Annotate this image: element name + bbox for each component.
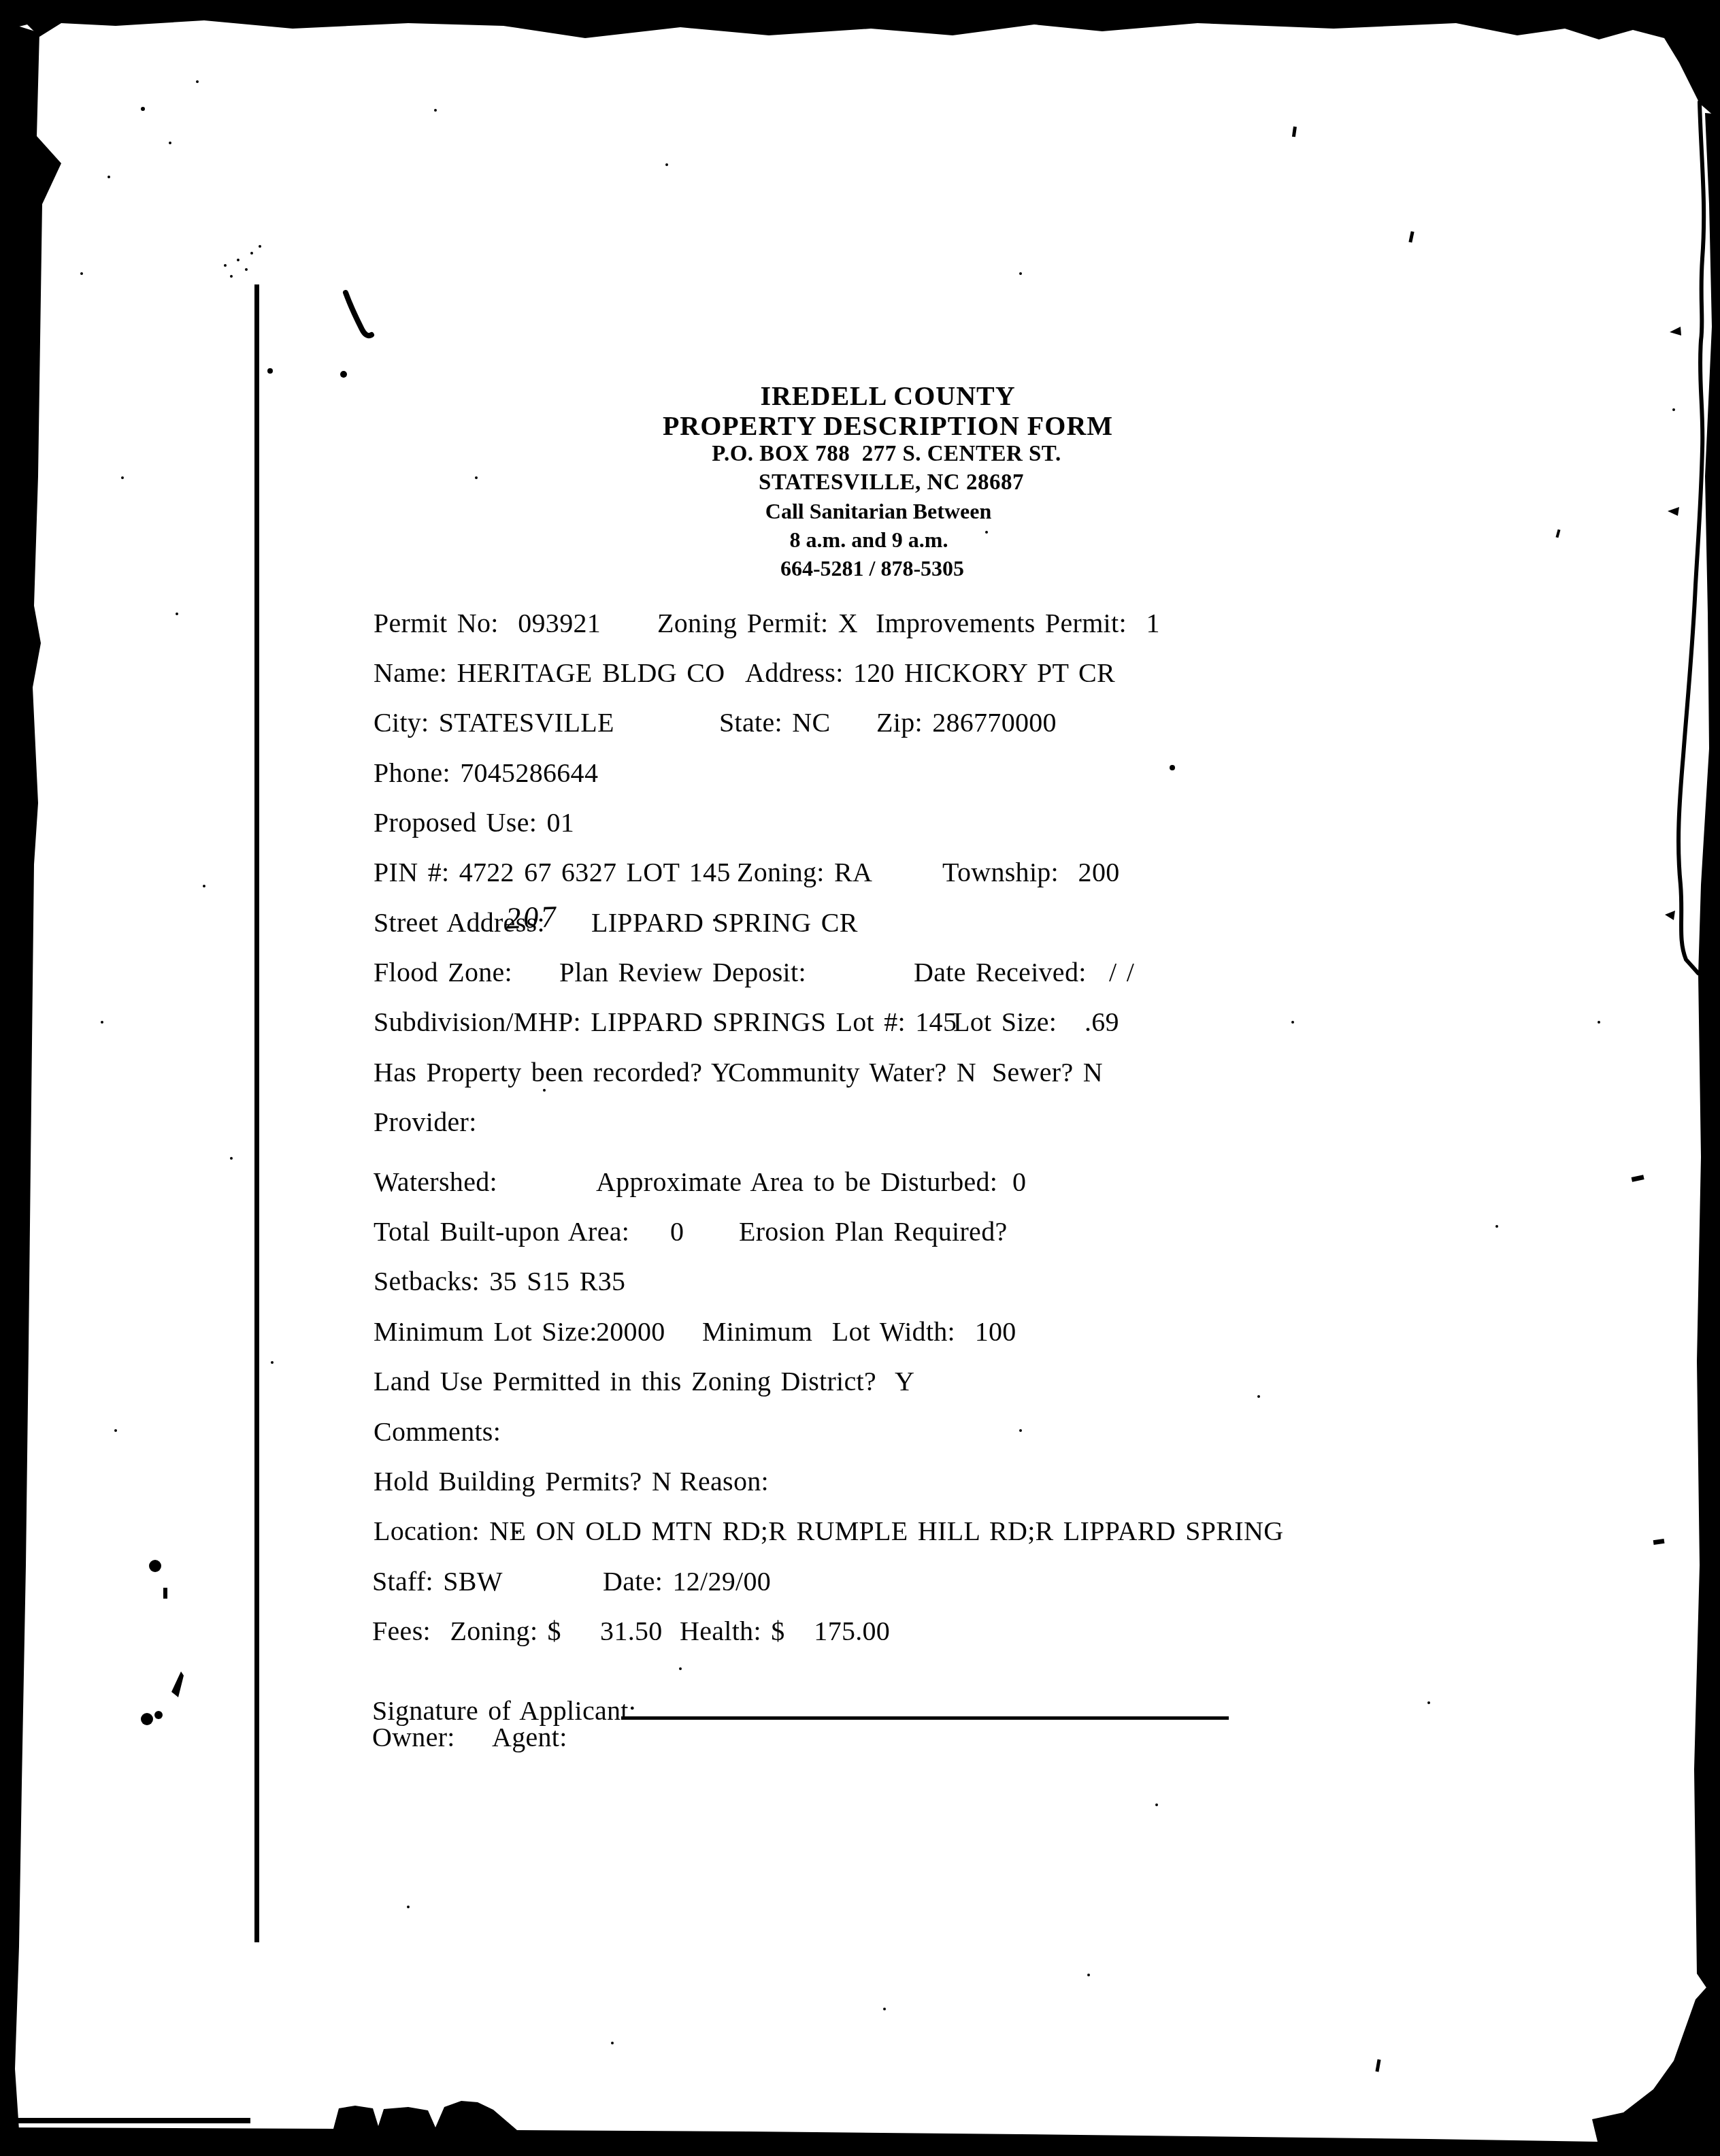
scan-border-top — [0, 0, 1720, 121]
field-signature-label: Signature of Applicant: — [372, 1697, 636, 1725]
field-date-received: Date Received: — [914, 959, 1087, 986]
scan-border-bottom — [0, 1972, 1720, 2156]
field-built-upon-label: Total Built-upon Area: — [374, 1218, 629, 1245]
field-provider: Provider: — [374, 1109, 477, 1136]
field-staff: Staff: SBW — [372, 1568, 503, 1595]
field-hold-permits: Hold Building Permits? N — [374, 1468, 672, 1495]
field-state: State: NC — [719, 709, 830, 736]
field-lot-size-value: .69 — [1085, 1009, 1119, 1036]
field-phone: Phone: 7045286644 — [374, 759, 598, 787]
field-area-disturbed-value: 0 — [1012, 1169, 1026, 1196]
field-flood-zone: Flood Zone: — [374, 959, 512, 986]
scanned-page: IREDELL COUNTY PROPERTY DESCRIPTION FORM… — [0, 0, 1720, 2156]
field-pin: PIN #: 4722 67 6327 LOT 145 — [374, 859, 731, 886]
field-name: Name: HERITAGE BLDG CO — [374, 659, 725, 687]
field-proposed-use: Proposed Use: 01 — [374, 809, 574, 836]
vertical-fold-line — [254, 284, 259, 1942]
paper-crease-line — [1678, 102, 1704, 973]
field-street-value: LIPPARD SPRING CR — [591, 909, 858, 936]
field-land-use: Land Use Permitted in this Zoning Distri… — [374, 1368, 914, 1395]
field-built-upon-value: 0 — [670, 1218, 684, 1245]
field-comments: Comments: — [374, 1418, 501, 1445]
field-property-recorded: Has Property been recorded? Y — [374, 1059, 731, 1086]
header-city-line: STATESVILLE, NC 28687 — [759, 472, 1024, 494]
field-improvements-permit: Improvements Permit: 1 — [876, 610, 1160, 637]
header-form-title: PROPERTY DESCRIPTION FORM — [663, 412, 1113, 440]
header-hours-line: 8 a.m. and 9 a.m. — [790, 529, 948, 551]
field-lot-size-label: Lot Size: — [953, 1009, 1057, 1036]
field-fees-health: Health: $ 175.00 — [680, 1618, 890, 1645]
field-city: City: STATESVILLE — [374, 709, 614, 736]
header-phones-line: 664-5281 / 878-5305 — [780, 557, 964, 579]
field-date: Date: 12/29/00 — [603, 1568, 771, 1595]
field-township: Township: 200 — [942, 859, 1120, 886]
header-po-address: P.O. BOX 788 277 S. CENTER ST. — [712, 443, 1061, 465]
scan-border-right — [1694, 113, 1720, 2008]
field-subdivision: Subdivision/MHP: LIPPARD SPRINGS Lot #: … — [374, 1009, 957, 1036]
field-owner: Owner: — [372, 1724, 455, 1751]
handwritten-stroke — [346, 293, 371, 336]
header-org: IREDELL COUNTY — [760, 382, 1015, 410]
field-min-lot-size-label: Minimum Lot Size: — [374, 1318, 597, 1345]
field-min-lot-width: Minimum Lot Width: 100 — [702, 1318, 1016, 1345]
field-reason: Reason: — [680, 1468, 769, 1495]
field-zip: Zip: 286770000 — [876, 709, 1057, 736]
header-call-line: Call Sanitarian Between — [765, 500, 991, 522]
signature-line — [621, 1716, 1229, 1720]
field-erosion: Erosion Plan Required? — [739, 1218, 1008, 1245]
field-setbacks: Setbacks: 35 S15 R35 — [374, 1268, 625, 1295]
field-plan-review-deposit: Plan Review Deposit: — [559, 959, 806, 986]
field-date-received-value: / / — [1109, 959, 1134, 986]
field-watershed: Watershed: — [374, 1169, 497, 1196]
field-address: Address: 120 HICKORY PT CR — [745, 659, 1115, 687]
field-sewer: Sewer? N — [992, 1059, 1103, 1086]
field-zoning: Zoning: RA — [737, 859, 872, 886]
field-area-disturbed-label: Approximate Area to be Disturbed: — [596, 1169, 997, 1196]
scan-border-left — [0, 20, 61, 2130]
field-min-lot-size-value: 20000 — [596, 1318, 665, 1345]
field-zoning-permit: Zoning Permit: X — [657, 610, 858, 637]
field-fees-zoning: Fees: Zoning: $ 31.50 — [372, 1618, 663, 1645]
field-location: Location: NE ON OLD MTN RD;R RUMPLE HILL… — [374, 1518, 1283, 1545]
field-permit-no: Permit No: 093921 — [374, 610, 601, 637]
field-street-number-handwritten: 207 — [505, 902, 560, 934]
field-agent: Agent: — [492, 1724, 567, 1751]
field-community-water: Community Water? N — [728, 1059, 976, 1086]
